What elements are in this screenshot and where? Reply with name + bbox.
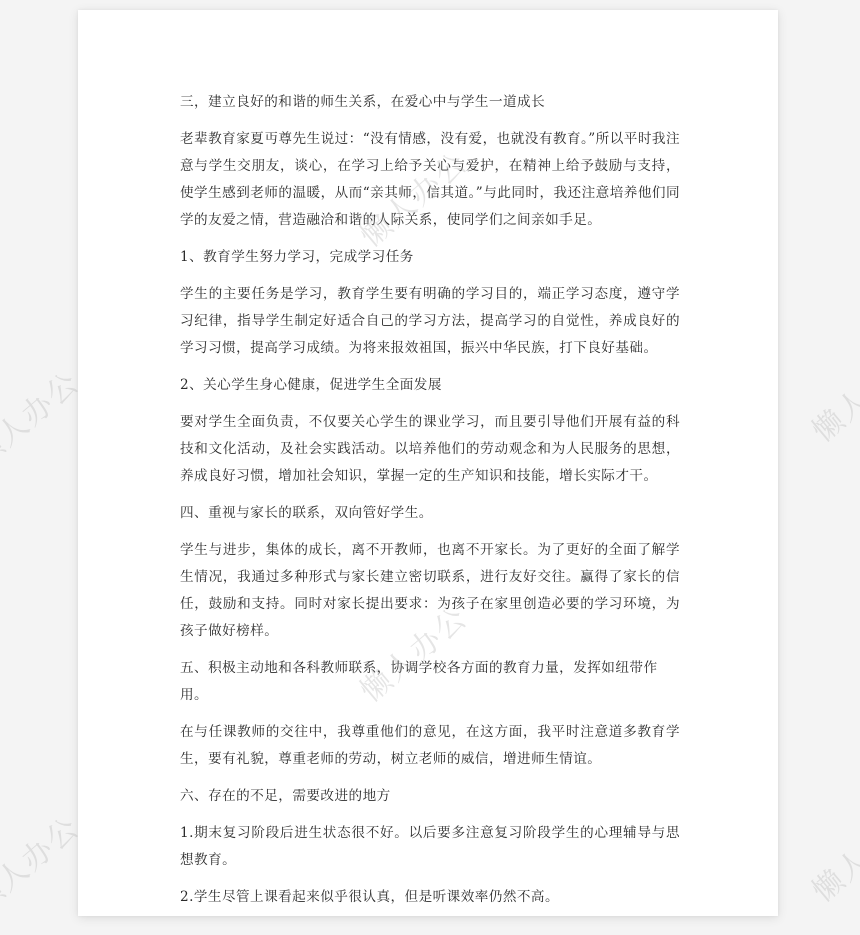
watermark-text: 懒人办公	[801, 794, 860, 910]
paragraph-shortcoming-1: 1.期末复习阶段后进生状态很不好。以后要多注意复习阶段学生的心理辅导与思想教育。	[180, 820, 680, 874]
section-heading-5: 五、积极主动地和各科教师联系，协调学校各方面的教育力量，发挥如纽带作用。	[180, 655, 680, 709]
section-heading-4: 四、重视与家长的联系，双向管好学生。	[180, 500, 680, 527]
subheading-health: 2、关心学生身心健康，促进学生全面发展	[180, 372, 680, 399]
document-content: 三，建立良好的和谐的师生关系，在爱心中与学生一道成长 老辈教育家夏丏尊先生说过：…	[180, 89, 680, 921]
paragraph-teachers: 在与任课教师的交往中，我尊重他们的意见，在这方面，我平时注意道多教育学生，要有礼…	[180, 719, 680, 773]
watermark-text: 懒人办公	[0, 359, 87, 475]
section-heading-3: 三，建立良好的和谐的师生关系，在爱心中与学生一道成长	[180, 89, 680, 116]
paragraph-shortcoming-2: 2.学生尽管上课看起来似乎很认真，但是听课效率仍然不高。	[180, 884, 680, 911]
paragraph-health: 要对学生全面负责，不仅要关心学生的课业学习，而且要引导他们开展有益的科技和文化活…	[180, 409, 680, 490]
subheading-study: 1、教育学生努力学习，完成学习任务	[180, 244, 680, 271]
document-page: 三，建立良好的和谐的师生关系，在爱心中与学生一道成长 老辈教育家夏丏尊先生说过：…	[78, 10, 778, 916]
watermark-text: 懒人办公	[0, 804, 87, 920]
paragraph-study: 学生的主要任务是学习，教育学生要有明确的学习目的，端正学习态度，遵守学习纪律，指…	[180, 281, 680, 362]
paragraph-parents: 学生与进步，集体的成长，离不开教师，也离不开家长。为了更好的全面了解学生情况，我…	[180, 537, 680, 645]
paragraph-teacher-student-relationship: 老辈教育家夏丏尊先生说过：“没有情感，没有爱，也就没有教育。”所以平时我注意与学…	[180, 126, 680, 234]
watermark-text: 懒人办公	[801, 334, 860, 450]
section-heading-6: 六、存在的不足，需要改进的地方	[180, 783, 680, 810]
